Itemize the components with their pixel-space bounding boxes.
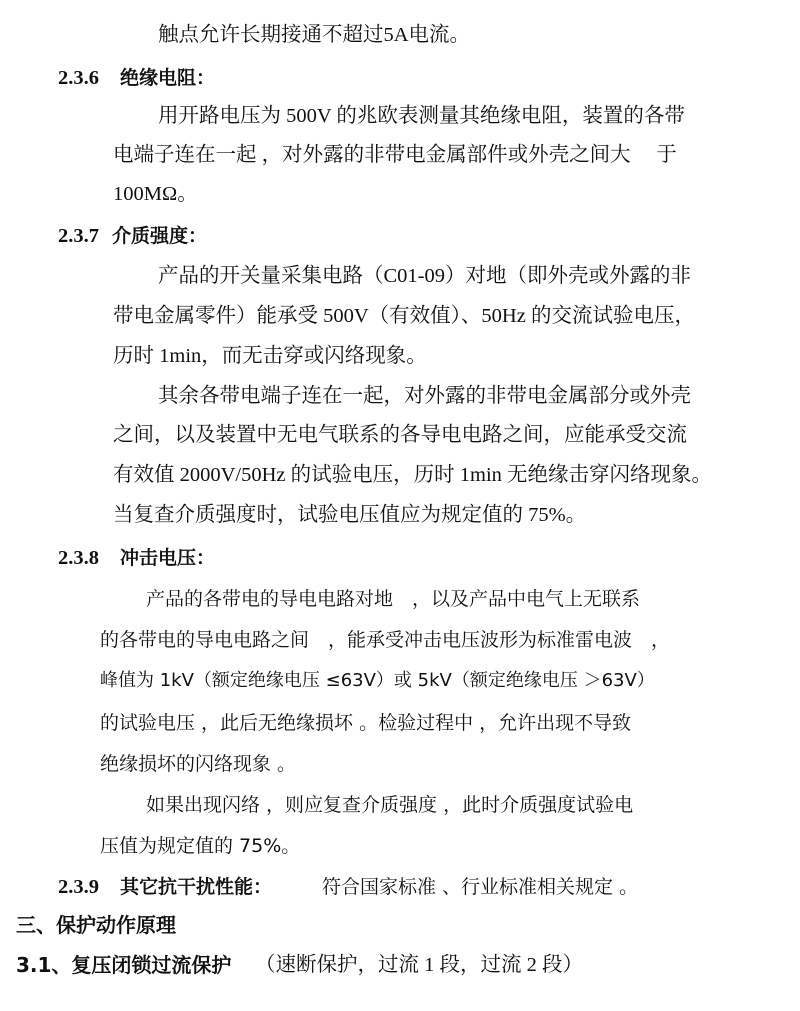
section-note-3-1: （速断保护，过流 1 段，过流 2 段） <box>255 952 583 978</box>
section-body-other-interference: 符合国家标准 、行业标准相关规定 。 <box>322 874 638 900</box>
section-title-impulse-voltage: 冲击电压： <box>120 545 215 571</box>
paragraph-line: 其余各带电端子连在一起，对外露的非带电金属部分或外壳 <box>158 383 691 409</box>
paragraph-line: 如果出现闪络 ，则应复查介质强度 ，此时介质强度试验电 <box>146 792 633 818</box>
paragraph-line: 电端子连在一起 ，对外露的非带电金属部件或外壳之间大 于 <box>113 142 677 168</box>
chapter-title-protection-principle: 三、保护动作原理 <box>16 912 176 938</box>
paragraph-line: 之间，以及装置中无电气联系的各导电电路之间，应能承受交流 <box>113 422 687 448</box>
paragraph-line: 历时 1min，而无击穿或闪络现象。 <box>113 343 427 369</box>
paragraph-line: 的各带电的导电电路之间 ，能承受冲击电压波形为标准雷电波 ， <box>100 627 670 653</box>
section-number-2-3-7: 2.3.7 <box>58 223 99 249</box>
paragraph-line: 绝缘损坏的闪络现象 。 <box>100 751 296 777</box>
section-title-dielectric-strength: 介质强度： <box>112 223 207 249</box>
paragraph-line: 有效值 2000V/50Hz 的试验电压，历时 1min 无绝缘击穿闪络现象。 <box>113 462 712 488</box>
section-number-2-3-9: 2.3.9 <box>58 874 99 900</box>
paragraph-line: 用开路电压为 500V 的兆欧表测量其绝缘电阻，装置的各带 <box>158 103 685 129</box>
section-title-3-1: 3.1、复压闭锁过流保护 <box>16 952 231 978</box>
section-number-2-3-6: 2.3.6 <box>58 65 99 91</box>
paragraph-line: 的试验电压 ，此后无绝缘损坏 。检验过程中 ，允许出现不导致 <box>100 710 631 736</box>
paragraph-line: 产品的各带电的导电电路对地 ，以及产品中电气上无联系 <box>146 586 640 612</box>
paragraph-line: 触点允许长期接通不超过5A电流。 <box>158 22 470 48</box>
paragraph-line: 当复查介质强度时，试验电压值应为规定值的 75%。 <box>113 502 586 528</box>
paragraph-line: 峰值为 1kV（额定绝缘电压 ≤63V）或 5kV（额定绝缘电压 ＞63V） <box>100 668 655 694</box>
paragraph-line: 100MΩ。 <box>113 181 198 207</box>
section-number-2-3-8: 2.3.8 <box>58 545 99 571</box>
section-title-insulation-resistance: 绝缘电阻： <box>120 65 215 91</box>
section-title-other-interference: 其它抗干扰性能： <box>120 874 272 900</box>
paragraph-line: 带电金属零件）能承受 500V（有效值）、50Hz 的交流试验电压， <box>113 303 695 329</box>
paragraph-line: 压值为规定值的 75%。 <box>100 833 300 859</box>
paragraph-line: 产品的开关量采集电路（C01-09）对地（即外壳或外露的非 <box>158 263 691 289</box>
